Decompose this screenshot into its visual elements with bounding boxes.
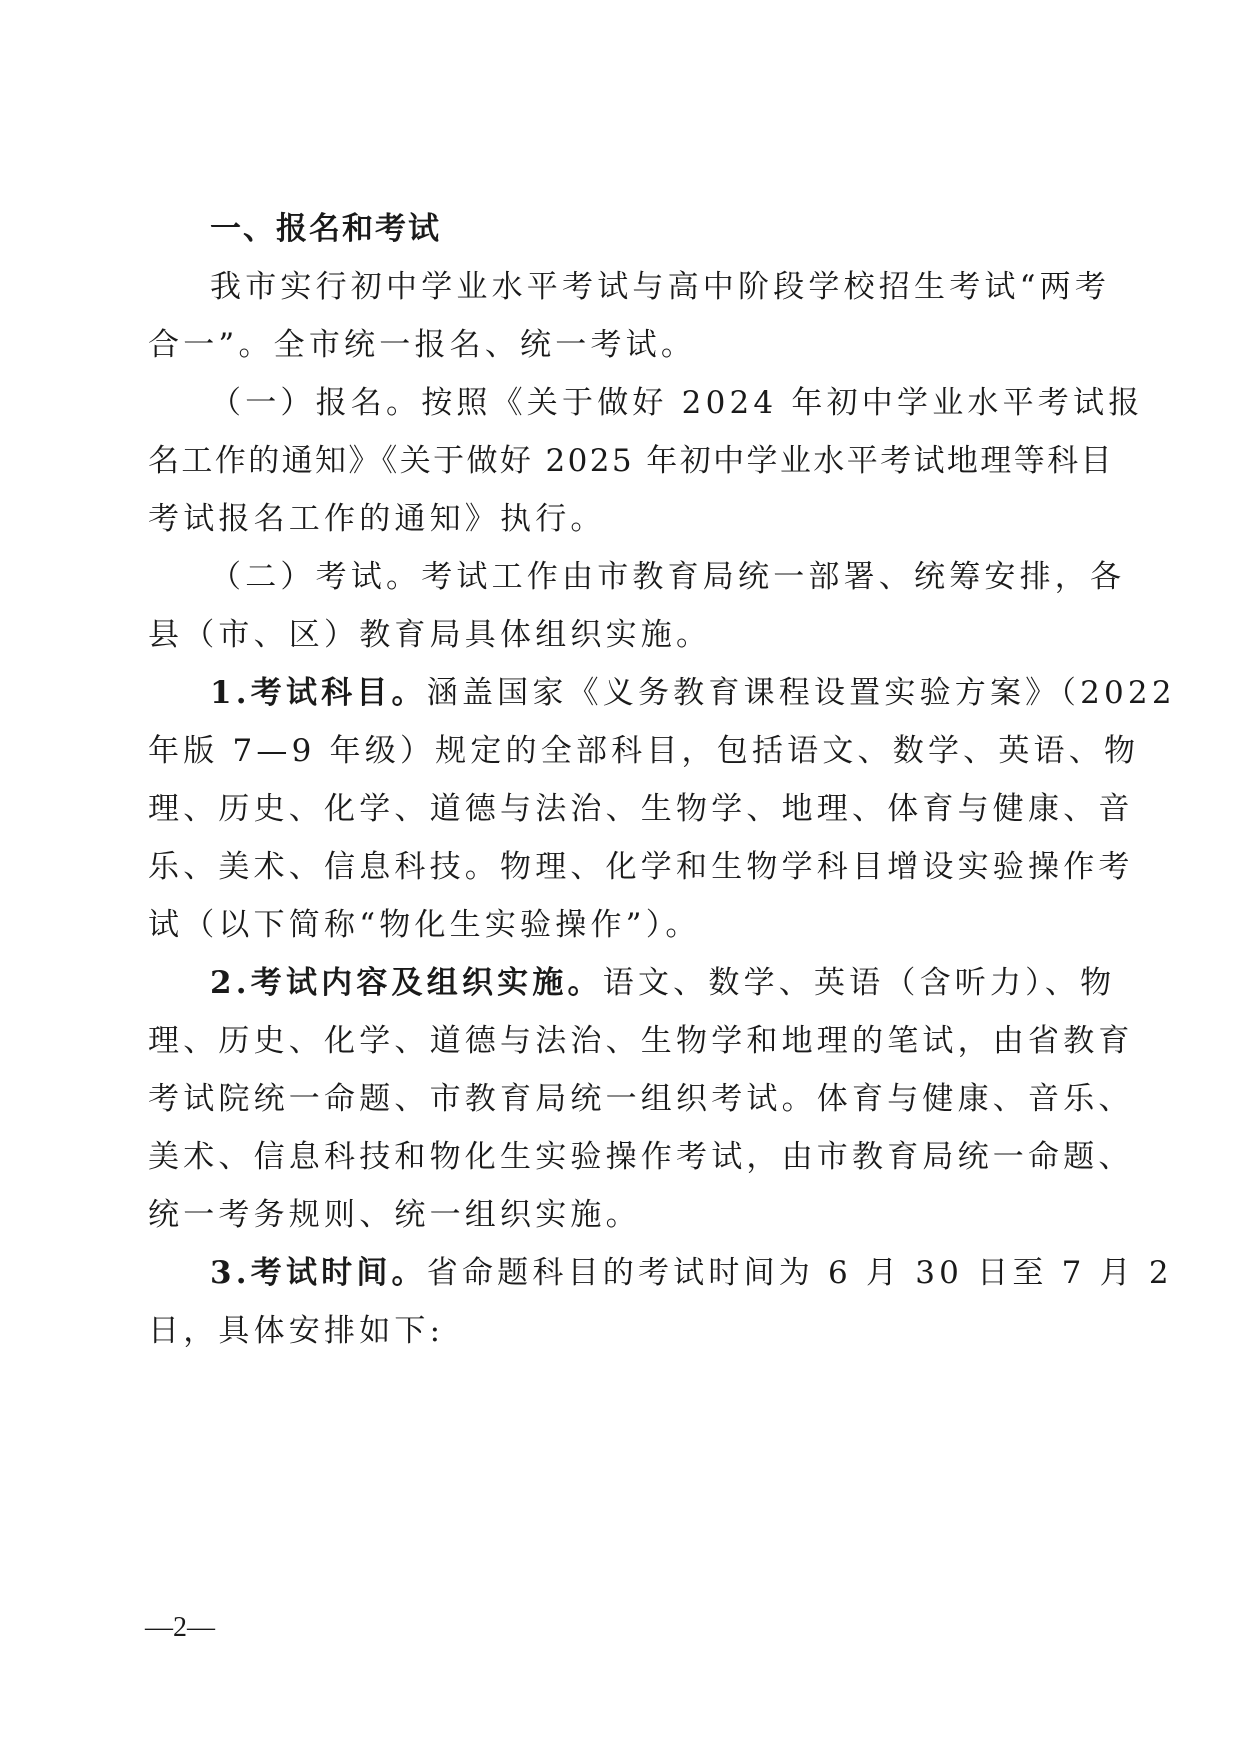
subjects-text: 涵盖国家《义务教育课程设置实验方案》（2022 (427, 675, 1176, 711)
paragraph-line: 年版 7—9 年级）规定的全部科目，包括语文、数学、英语、物 (148, 722, 974, 780)
paragraph-exam: （二）考试。考试工作由市教育局统一部署、统筹安排，各 县（市、区）教育局具体组织… (148, 548, 974, 664)
paragraph-registration: （一）报名。按照《关于做好 2024 年初中学业水平考试报 名工作的通知》《关于… (148, 374, 974, 548)
paragraph-time: 3.考试时间。省命题科目的考试时间为 6 月 30 日至 7 月 2 日，具体安… (148, 1244, 974, 1360)
paragraph-line: 2.考试内容及组织实施。语文、数学、英语（含听力）、物 (148, 954, 974, 1012)
paragraph-line: （二）考试。考试工作由市教育局统一部署、统筹安排，各 (148, 548, 974, 606)
paragraph-line: 美术、信息科技和物化生实验操作考试，由市教育局统一命题、 (148, 1128, 974, 1186)
paragraph-line: 理、历史、化学、道德与法治、生物学、地理、体育与健康、音 (148, 780, 974, 838)
paragraph-subjects: 1.考试科目。涵盖国家《义务教育课程设置实验方案》（2022 年版 7—9 年级… (148, 664, 974, 954)
paragraph-line: 名工作的通知》《关于做好 2025 年初中学业水平考试地理等科目 (148, 432, 974, 490)
document-page: 一、报名和考试 我市实行初中学业水平考试与高中阶段学校招生考试“两考 合一”。全… (148, 200, 974, 1360)
paragraph-line: 3.考试时间。省命题科目的考试时间为 6 月 30 日至 7 月 2 (148, 1244, 974, 1302)
paragraph-line: 我市实行初中学业水平考试与高中阶段学校招生考试“两考 (148, 258, 974, 316)
paragraph-line: 1.考试科目。涵盖国家《义务教育课程设置实验方案》（2022 (148, 664, 974, 722)
paragraph-line: 考试报名工作的通知》执行。 (148, 490, 974, 548)
content-label: 2.考试内容及组织实施。 (210, 965, 603, 1001)
time-text: 省命题科目的考试时间为 6 月 30 日至 7 月 2 (427, 1255, 1173, 1291)
paragraph-line: 乐、美术、信息科技。物理、化学和生物学科目增设实验操作考 (148, 838, 974, 896)
paragraph-line: 县（市、区）教育局具体组织实施。 (148, 606, 974, 664)
subjects-label: 1.考试科目。 (210, 675, 427, 711)
paragraph-content: 2.考试内容及组织实施。语文、数学、英语（含听力）、物 理、历史、化学、道德与法… (148, 954, 974, 1244)
paragraph-line: （一）报名。按照《关于做好 2024 年初中学业水平考试报 (148, 374, 974, 432)
page-number: —2— (145, 1612, 215, 1644)
paragraph-line: 合一”。全市统一报名、统一考试。 (148, 316, 974, 374)
paragraph-line: 考试院统一命题、市教育局统一组织考试。体育与健康、音乐、 (148, 1070, 974, 1128)
section-heading: 一、报名和考试 (148, 200, 974, 258)
paragraph-line: 理、历史、化学、道德与法治、生物学和地理的笔试，由省教育 (148, 1012, 974, 1070)
paragraph-intro: 我市实行初中学业水平考试与高中阶段学校招生考试“两考 合一”。全市统一报名、统一… (148, 258, 974, 374)
content-text: 语文、数学、英语（含听力）、物 (603, 965, 1116, 1001)
paragraph-line: 日，具体安排如下: (148, 1302, 974, 1360)
paragraph-line: 试（以下简称“物化生实验操作”）。 (148, 896, 974, 954)
paragraph-line: 统一考务规则、统一组织实施。 (148, 1186, 974, 1244)
time-label: 3.考试时间。 (210, 1255, 427, 1291)
